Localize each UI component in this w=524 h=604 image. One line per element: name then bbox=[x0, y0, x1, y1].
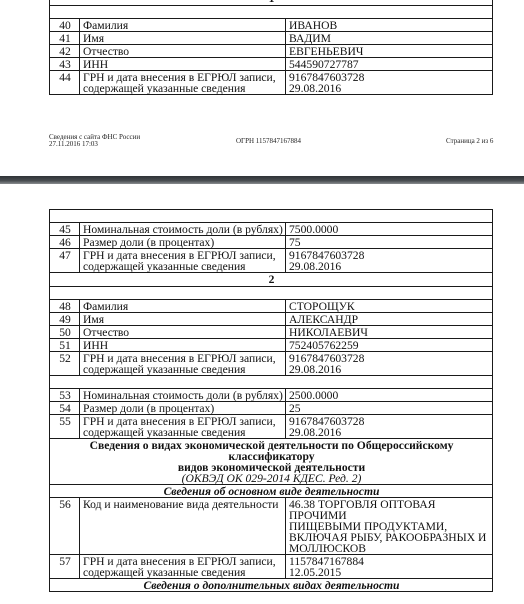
footer-ogrn: ОГРН 1157847167884 bbox=[236, 138, 301, 145]
founders-table-page2: 1 40ФамилияИВАНОВ 41ИмяВАДИМ 42ОтчествоЕ… bbox=[49, 0, 493, 95]
table-row: 45Номинальная стоимость доли (в рублях)7… bbox=[50, 223, 493, 236]
table-row: 46Размер доли (в процентах)75 bbox=[50, 236, 493, 249]
founders-table-page3: 45Номинальная стоимость доли (в рублях)7… bbox=[49, 209, 493, 592]
table-row: 43ИНН544590727787 bbox=[50, 58, 493, 71]
blank-row bbox=[50, 376, 493, 389]
table-row: 40ФамилияИВАНОВ bbox=[50, 19, 493, 32]
document-page-2: 1 40ФамилияИВАНОВ 41ИмяВАДИМ 42ОтчествоЕ… bbox=[0, 0, 524, 176]
table-row: 47 ГРН и дата внесения в ЕГРЮЛ записи,со… bbox=[50, 249, 493, 273]
table-row: 42ОтчествоЕВГЕНЬЕВИЧ bbox=[50, 45, 493, 58]
additional-activity-header-row: Сведения о дополнительных видах деятельн… bbox=[50, 579, 493, 592]
blank-row bbox=[50, 6, 493, 19]
table-row: 56Код и наименование вида деятельности 4… bbox=[50, 498, 493, 555]
footer-source: Сведения с сайта ФНС России 27.11.2016 1… bbox=[49, 134, 140, 148]
table-row: 54Размер доли (в процентах)25 bbox=[50, 402, 493, 415]
table-row: 50ОтчествоНИКОЛАЕВИЧ bbox=[50, 326, 493, 339]
table-row: 55 ГРН и дата внесения в ЕГРЮЛ записи,со… bbox=[50, 415, 493, 439]
table-row: 49ИмяАЛЕКСАНДР bbox=[50, 313, 493, 326]
okved-header-row: Сведения о видах экономической деятельно… bbox=[50, 439, 493, 485]
main-activity-header-row: Сведения об основном виде деятельности bbox=[50, 485, 493, 498]
table-row: 57 ГРН и дата внесения в ЕГРЮЛ записи,со… bbox=[50, 555, 493, 579]
section-header-row: 2 bbox=[50, 273, 493, 287]
footer-page-number: Страница 2 из 6 bbox=[446, 138, 493, 145]
table-row: 44 ГРН и дата внесения в ЕГРЮЛ записи,со… bbox=[50, 71, 493, 95]
document-page-3: 45Номинальная стоимость доли (в рублях)7… bbox=[0, 184, 524, 604]
table-row: 52 ГРН и дата внесения в ЕГРЮЛ записи,со… bbox=[50, 352, 493, 376]
blank-row bbox=[50, 210, 493, 223]
blank-row bbox=[50, 287, 493, 300]
table-row: 51ИНН752405762259 bbox=[50, 339, 493, 352]
table-row: 53Номинальная стоимость доли (в рублях)2… bbox=[50, 389, 493, 402]
page-separator bbox=[0, 176, 524, 184]
table-row: 41ИмяВАДИМ bbox=[50, 32, 493, 45]
table-row: 48ФамилияСТОРОЩУК bbox=[50, 300, 493, 313]
